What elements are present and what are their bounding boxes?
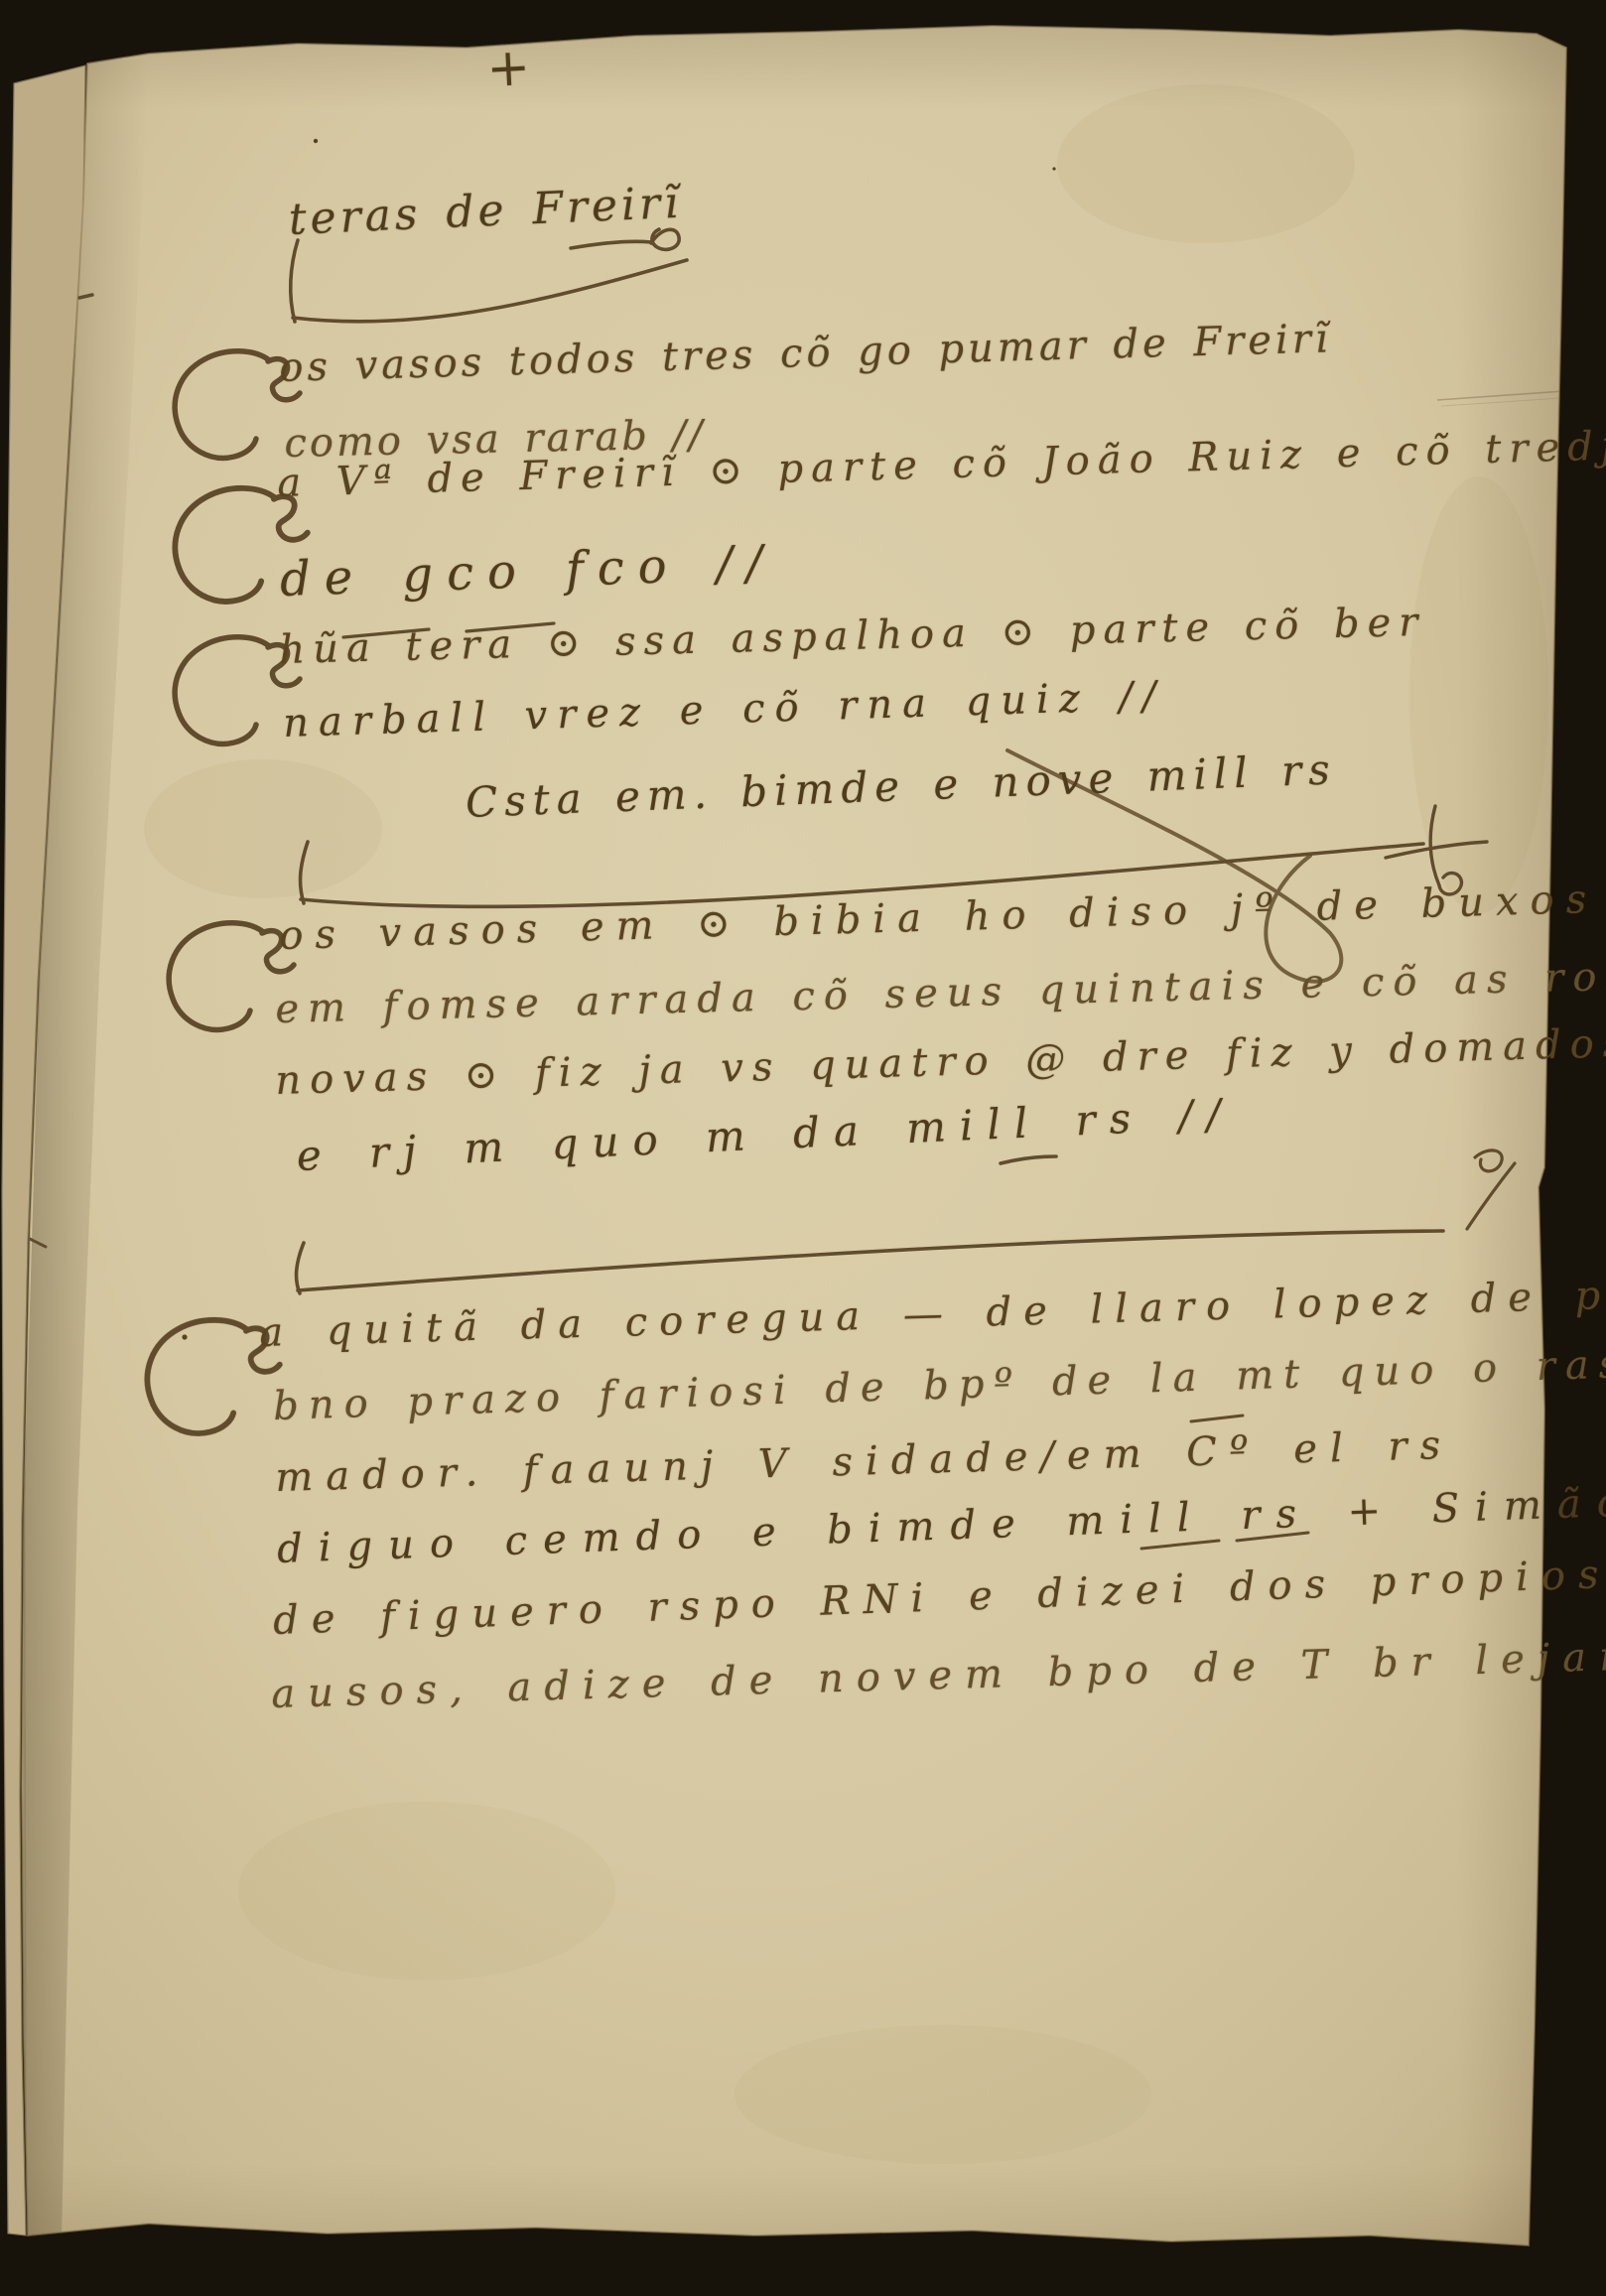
title-flourish <box>571 229 679 249</box>
title-underline <box>291 240 687 322</box>
cross-mark: + <box>485 38 532 99</box>
closing-underline <box>297 1156 1443 1293</box>
manuscript-photo: + teras de Freirĩ os vasos todos tres cõ… <box>0 0 1606 2296</box>
paragraph-mark-icon <box>147 351 307 1433</box>
margin-squiggle-flourish <box>1467 1150 1515 1229</box>
